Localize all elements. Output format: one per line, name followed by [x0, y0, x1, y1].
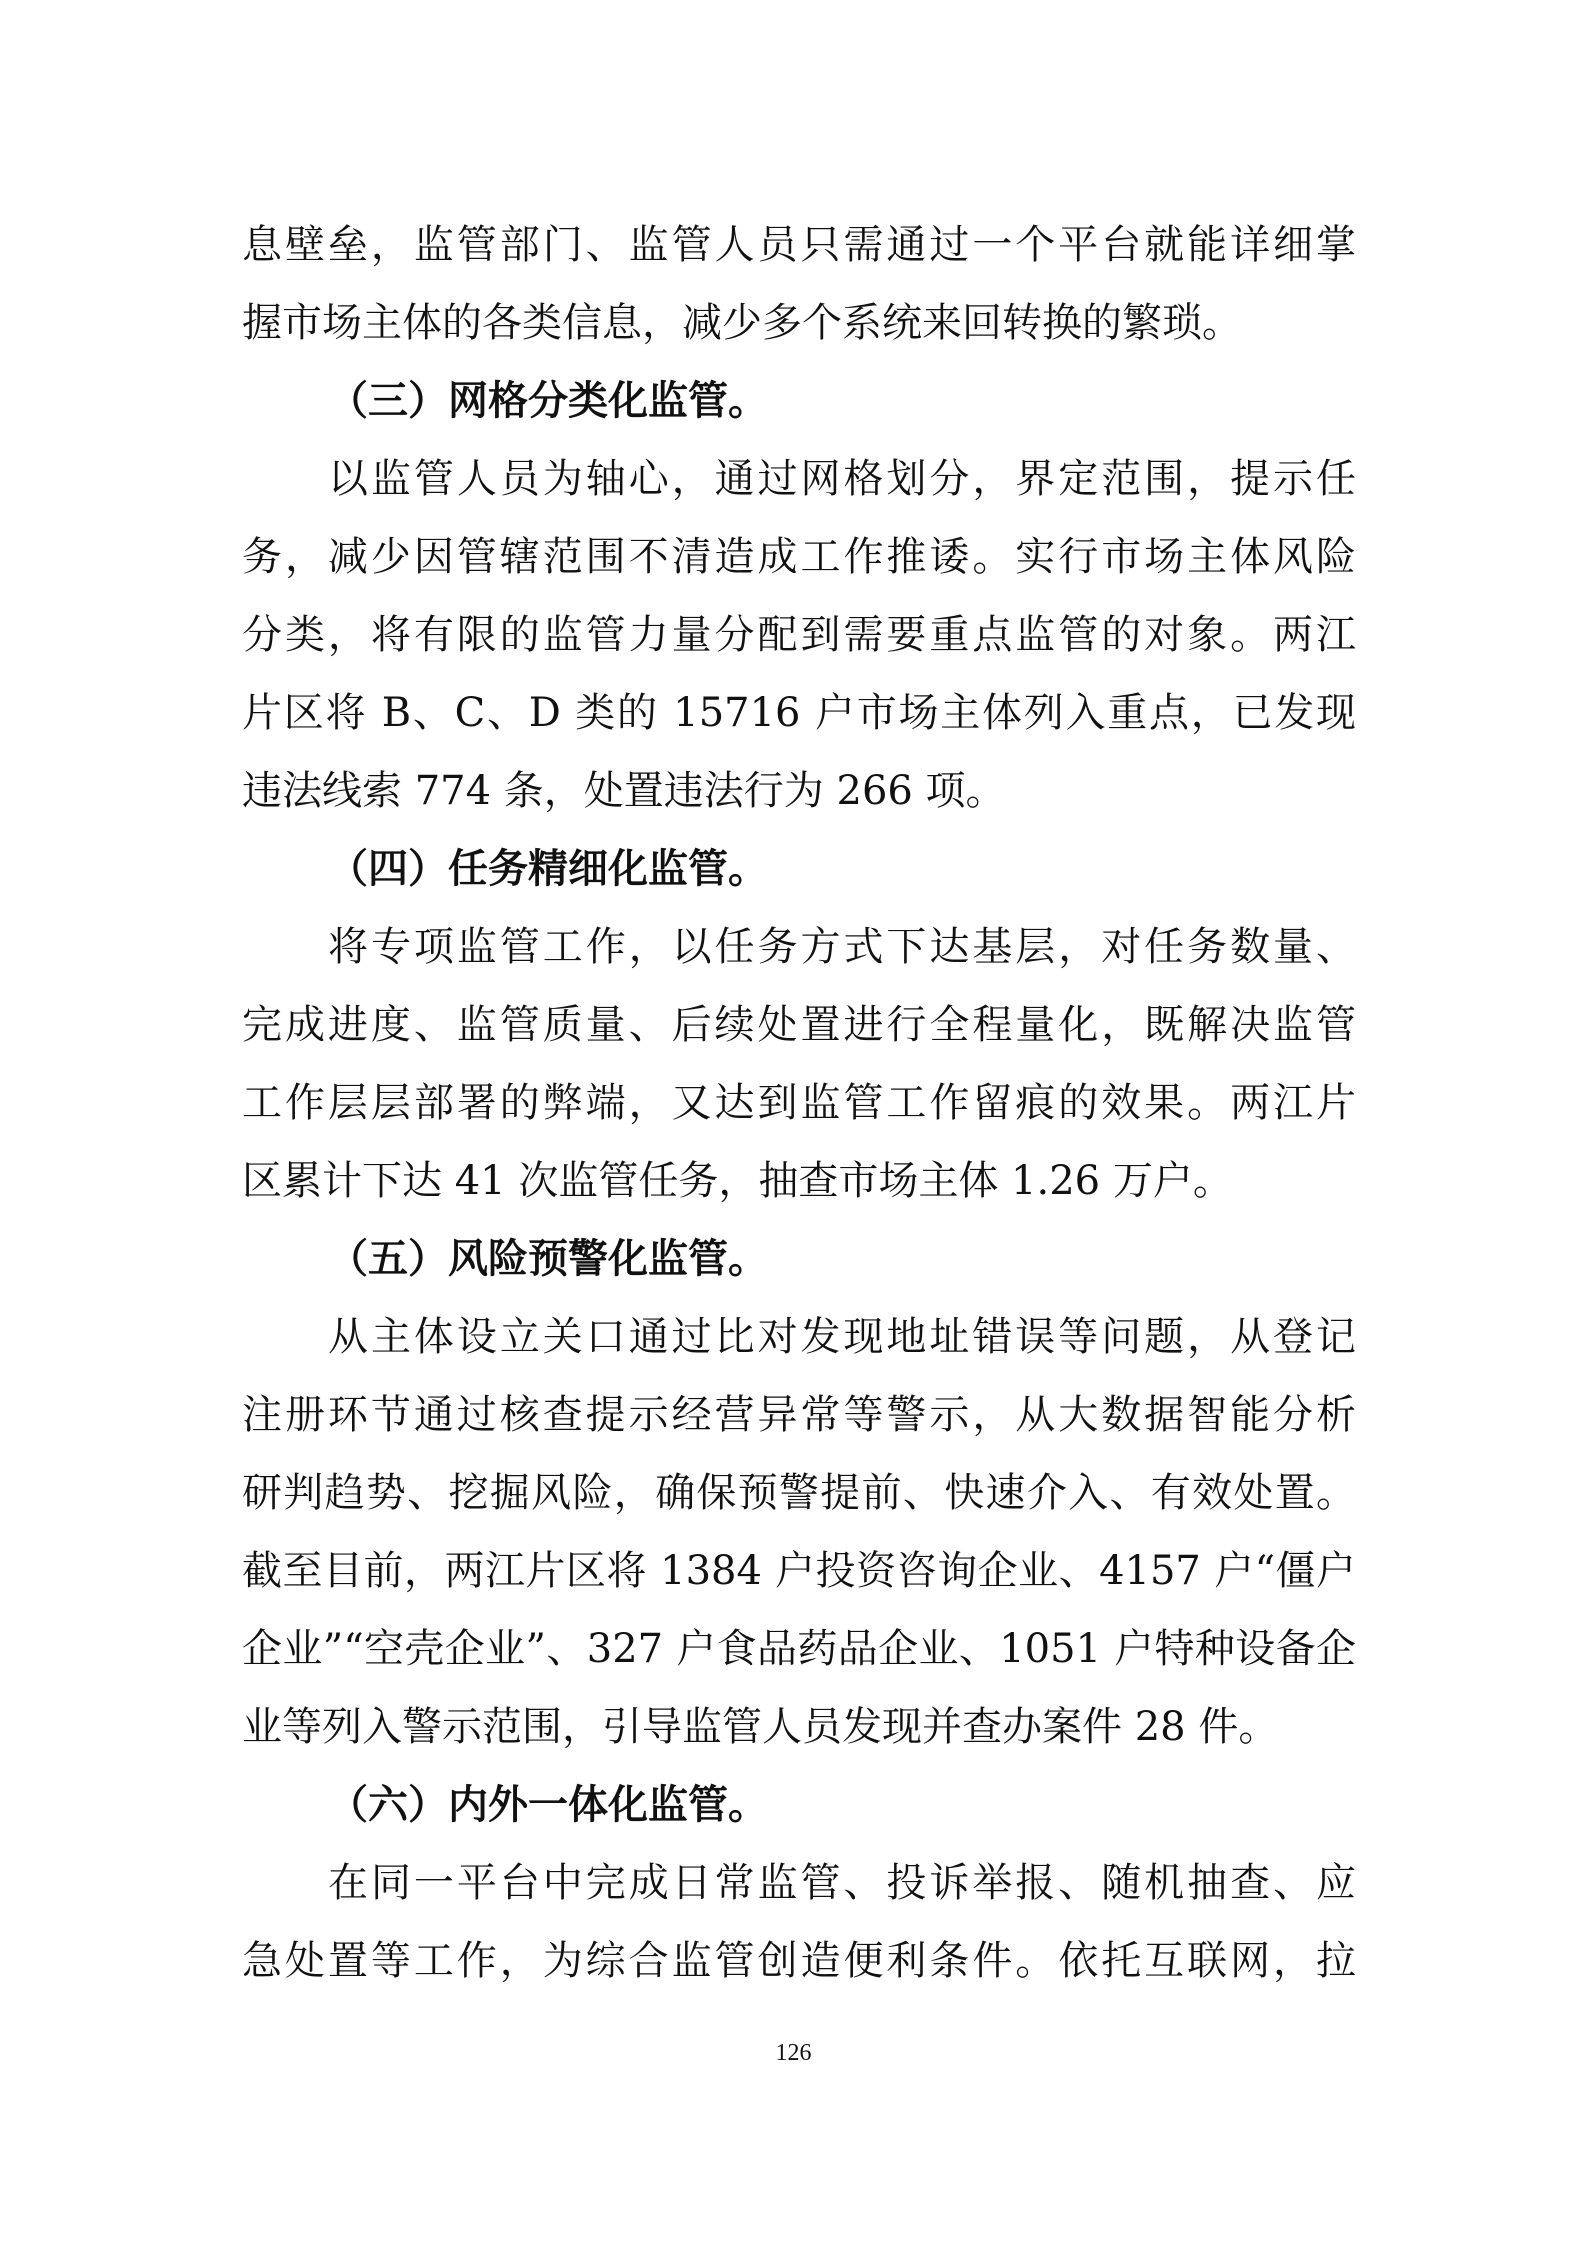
paragraph-line: 片区将 B、C、D 类的 15716 户市场主体列入重点，已发现 [242, 674, 1356, 752]
section-heading-grid-classification: （三）网格分类化监管。 [242, 362, 1356, 440]
section-heading-risk-warning: （五）风险预警化监管。 [242, 1220, 1356, 1298]
paragraph-line: 握市场主体的各类信息，减少多个系统来回转换的繁琐。 [242, 284, 1356, 362]
paragraph-line: 违法线索 774 条，处置违法行为 266 项。 [242, 752, 1356, 830]
document-page: 息壁垒，监管部门、监管人员只需通过一个平台就能详细掌 握市场主体的各类信息，减少… [0, 0, 1587, 2245]
paragraph-line: 业等列入警示范围，引导监管人员发现并查办案件 28 件。 [242, 1688, 1356, 1766]
paragraph-line: 急处置等工作，为综合监管创造便利条件。依托互联网，拉 [242, 1922, 1356, 2000]
paragraph-line: 工作层层部署的弊端，又达到监管工作留痕的效果。两江片 [242, 1064, 1356, 1142]
paragraph-line: 区累计下达 41 次监管任务，抽查市场主体 1.26 万户。 [242, 1142, 1356, 1220]
paragraph-line: 截至目前，两江片区将 1384 户投资咨询企业、4157 户“僵户 [242, 1532, 1356, 1610]
paragraph-line: 将专项监管工作，以任务方式下达基层，对任务数量、 [242, 908, 1356, 986]
paragraph-line: 在同一平台中完成日常监管、投诉举报、随机抽查、应 [242, 1844, 1356, 1922]
paragraph-line: 注册环节通过核查提示经营异常等警示，从大数据智能分析 [242, 1376, 1356, 1454]
paragraph-line: 研判趋势、挖掘风险，确保预警提前、快速介入、有效处置。 [242, 1454, 1356, 1532]
paragraph-line: 分类，将有限的监管力量分配到需要重点监管的对象。两江 [242, 596, 1356, 674]
paragraph-line: 完成进度、监管质量、后续处置进行全程量化，既解决监管 [242, 986, 1356, 1064]
section-heading-integrated-supervision: （六）内外一体化监管。 [242, 1766, 1356, 1844]
paragraph-line: 以监管人员为轴心，通过网格划分，界定范围，提示任 [242, 440, 1356, 518]
paragraph-line: 务，减少因管辖范围不清造成工作推诿。实行市场主体风险 [242, 518, 1356, 596]
paragraph-line: 从主体设立关口通过比对发现地址错误等问题，从登记 [242, 1298, 1356, 1376]
paragraph-line: 息壁垒，监管部门、监管人员只需通过一个平台就能详细掌 [242, 206, 1356, 284]
section-heading-task-refinement: （四）任务精细化监管。 [242, 830, 1356, 908]
document-body: 息壁垒，监管部门、监管人员只需通过一个平台就能详细掌 握市场主体的各类信息，减少… [242, 206, 1356, 2000]
paragraph-line: 企业”“空壳企业”、327 户食品药品企业、1051 户特种设备企 [242, 1610, 1356, 1688]
page-number: 126 [0, 2040, 1587, 2067]
